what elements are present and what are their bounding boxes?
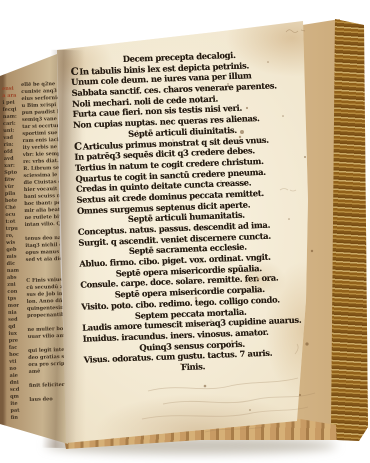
capitulum-mark: C (70, 66, 78, 77)
printed-text-block: Decem precepta decalogi.CIn tabulis bini… (70, 48, 302, 376)
line-text: Finis. (181, 361, 205, 372)
capitulum-mark: C (74, 141, 82, 152)
verso-text-fragment: fin (11, 414, 29, 421)
book-photo: ensia arai peifecqinam:cari:uni:vadrin:o… (0, 0, 370, 463)
